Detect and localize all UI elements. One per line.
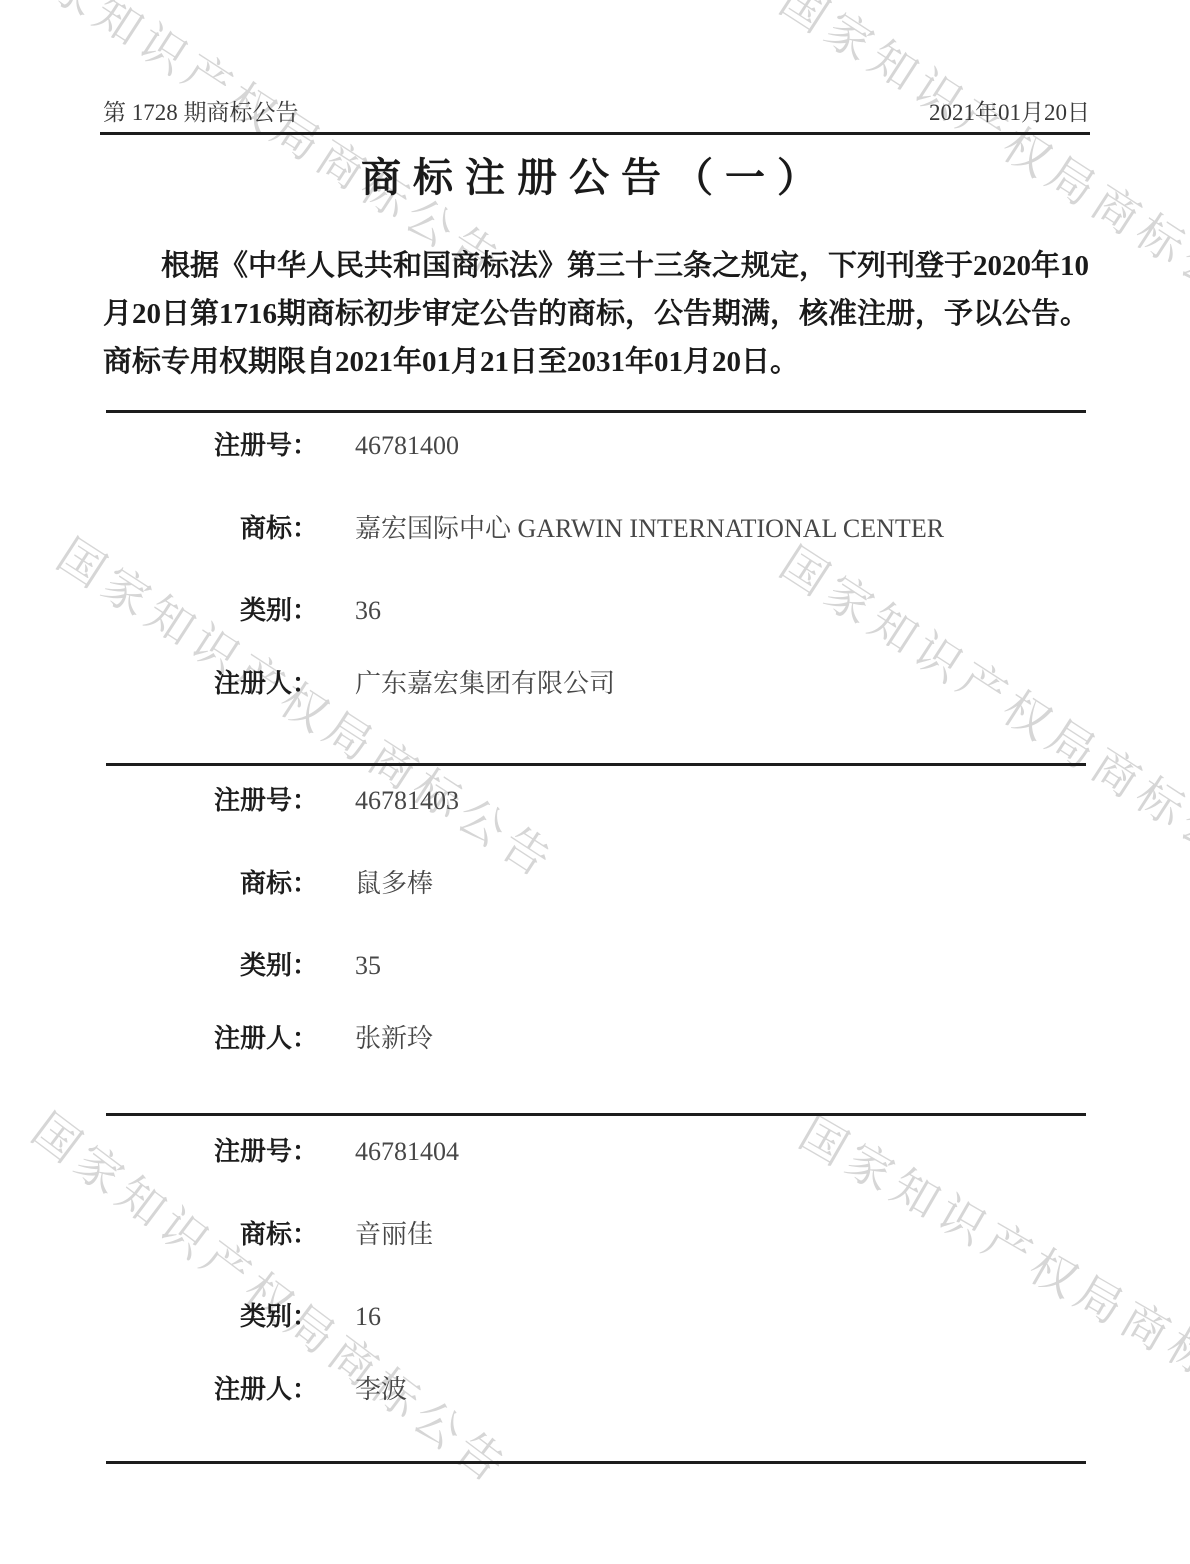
reg-no-label: 注册号： xyxy=(103,780,318,817)
issue-number: 第 1728 期商标公告 xyxy=(103,94,299,127)
reg-no-label: 注册号： xyxy=(103,425,318,462)
section-divider xyxy=(106,763,1086,766)
trademark-value: 嘉宏国际中心 GARWIN INTERNATIONAL CENTER xyxy=(355,514,944,543)
field-row-trademark: 商标： 音丽佳 xyxy=(103,1214,433,1251)
field-row-category: 类别： 35 xyxy=(103,945,381,982)
registrant-label: 注册人： xyxy=(103,1369,318,1406)
reg-no-label: 注册号： xyxy=(103,1131,318,1168)
category-label: 类别： xyxy=(103,590,318,627)
bottom-divider xyxy=(106,1461,1086,1464)
field-row-trademark: 商标： 鼠多棒 xyxy=(103,863,433,900)
field-row-trademark: 商标： 嘉宏国际中心 GARWIN INTERNATIONAL CENTER xyxy=(103,508,944,545)
registrant-label: 注册人： xyxy=(103,663,318,700)
field-row-registrant: 注册人： 张新玲 xyxy=(103,1018,433,1055)
registrant-value: 李波 xyxy=(355,1375,407,1404)
trademark-entry-3: 注册号： 46781404 商标： 音丽佳 类别： 16 注册人： 李波 xyxy=(103,1131,1089,1411)
header-divider xyxy=(100,132,1090,135)
gazette-date: 2021年01月20日 xyxy=(929,94,1090,127)
field-row-registrant: 注册人： 李波 xyxy=(103,1369,407,1406)
trademark-label: 商标： xyxy=(103,863,318,900)
category-label: 类别： xyxy=(103,945,318,982)
reg-no-value: 46781403 xyxy=(355,786,459,815)
reg-no-value: 46781400 xyxy=(355,431,459,460)
trademark-entry-2: 注册号： 46781403 商标： 鼠多棒 类别： 35 注册人： 张新玲 xyxy=(103,780,1089,1060)
field-row-reg-no: 注册号： 46781404 xyxy=(103,1131,459,1168)
category-value: 35 xyxy=(355,951,381,980)
category-value: 16 xyxy=(355,1302,381,1331)
category-value: 36 xyxy=(355,596,381,625)
field-row-category: 类别： 16 xyxy=(103,1296,381,1333)
trademark-label: 商标： xyxy=(103,508,318,545)
section-divider xyxy=(106,410,1086,413)
field-row-reg-no: 注册号： 46781400 xyxy=(103,425,459,462)
trademark-label: 商标： xyxy=(103,1214,318,1251)
field-row-category: 类别： 36 xyxy=(103,590,381,627)
trademark-value: 音丽佳 xyxy=(355,1220,433,1249)
intro-paragraph: 根据《中华人民共和国商标法》第三十三条之规定，下列刊登于2020年10月20日第… xyxy=(103,242,1089,386)
registrant-value: 广东嘉宏集团有限公司 xyxy=(355,669,615,698)
registrant-value: 张新玲 xyxy=(355,1024,433,1053)
field-row-reg-no: 注册号： 46781403 xyxy=(103,780,459,817)
reg-no-value: 46781404 xyxy=(355,1137,459,1166)
page-title: 商标注册公告（一） xyxy=(0,146,1190,203)
category-label: 类别： xyxy=(103,1296,318,1333)
trademark-value: 鼠多棒 xyxy=(355,869,433,898)
trademark-entry-1: 注册号： 46781400 商标： 嘉宏国际中心 GARWIN INTERNAT… xyxy=(103,425,1089,705)
section-divider xyxy=(106,1113,1086,1116)
field-row-registrant: 注册人： 广东嘉宏集团有限公司 xyxy=(103,663,615,700)
registrant-label: 注册人： xyxy=(103,1018,318,1055)
gazette-page: 国家知识产权局商标公告 国家知识产权局商标公告 国家知识产权局商标公告 国家知识… xyxy=(0,0,1190,1564)
